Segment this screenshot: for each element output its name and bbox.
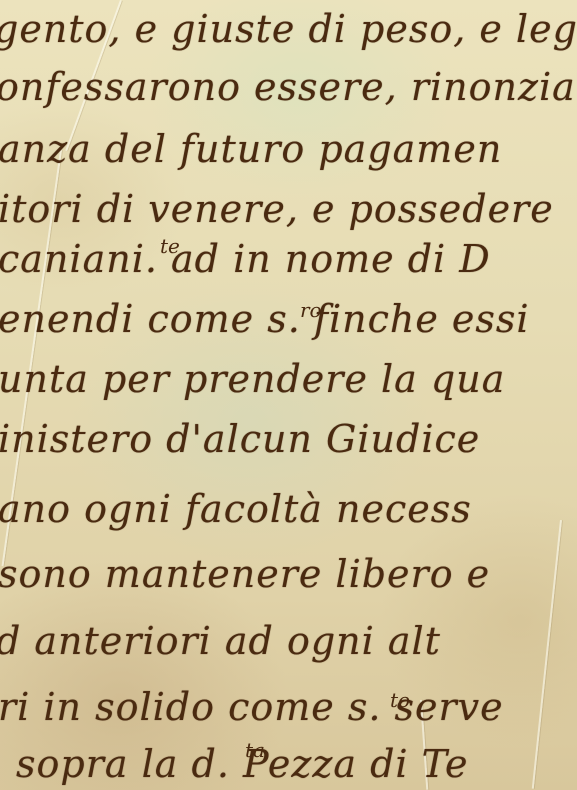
manuscript-line-4: itori di venere, e possedere (0, 190, 554, 228)
manuscript-line-3: anza del futuro pagamen (0, 130, 502, 168)
manuscript-page: gento, e giuste di peso, e lega onfessar… (0, 0, 577, 790)
manuscript-line-8: inistero d'alcun Giudice (0, 420, 480, 458)
manuscript-line-6: enendi come s. finche essi (0, 300, 530, 338)
manuscript-line-5: caniani. ad in nome di D (0, 240, 491, 278)
superscript-abbreviation: ta (245, 740, 265, 760)
manuscript-line-10: sono mantenere libero e (0, 555, 490, 593)
paper-crease (532, 520, 562, 789)
manuscript-line-9: ano ogni facoltà necess (0, 490, 472, 528)
manuscript-line-1: gento, e giuste di peso, e lega (0, 10, 577, 48)
manuscript-line-11: d anteriori ad ogni alt (0, 622, 441, 660)
manuscript-line-12: ri in solido come s. serve (0, 688, 504, 726)
manuscript-line-7: unta per prendere la qua (0, 360, 505, 398)
superscript-abbreviation: te (160, 236, 180, 256)
superscript-abbreviation: ro (300, 300, 322, 320)
manuscript-line-2: onfessarono essere, rinonziar (0, 68, 577, 106)
superscript-abbreviation: to (390, 690, 410, 710)
manuscript-line-13: sopra la d. Pezza di Te (16, 745, 469, 783)
